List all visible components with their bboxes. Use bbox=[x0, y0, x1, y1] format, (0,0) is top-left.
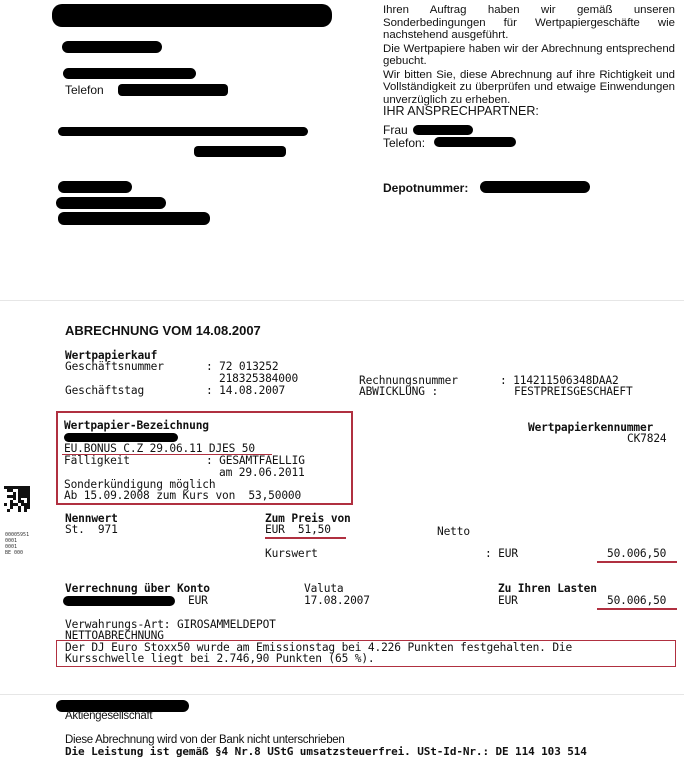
redacted-address bbox=[58, 127, 308, 136]
value-date-label: Valuta bbox=[304, 583, 344, 595]
letter-paragraph: Ihren Auftrag haben wir gemäß unseren So… bbox=[383, 4, 675, 42]
letter-paragraph: Die Wertpapiere haben wir der Abrechnung… bbox=[383, 43, 675, 68]
letter-paragraph: Wir bitten Sie, diese Abrechnung auf ihr… bbox=[383, 69, 675, 107]
redacted-address bbox=[194, 146, 286, 157]
settlement-label: ABWICKLUNG : bbox=[359, 386, 438, 398]
letter-intro: Ihren Auftrag haben wir gemäß unseren So… bbox=[383, 4, 675, 106]
maturity-date: am 29.06.2011 bbox=[219, 467, 305, 479]
net-label: Netto bbox=[437, 526, 470, 538]
market-value: 50.006,50 bbox=[607, 548, 666, 560]
redacted-recipient bbox=[56, 197, 166, 209]
maturity-label: Fälligkeit bbox=[64, 455, 130, 467]
debit-currency: EUR bbox=[498, 595, 518, 607]
scan-divider bbox=[0, 694, 684, 695]
redacted-bank-name bbox=[52, 4, 332, 27]
redacted-contact-name bbox=[413, 125, 473, 135]
redacted-issuer bbox=[64, 433, 178, 442]
trade-date: : 14.08.2007 bbox=[206, 385, 285, 397]
company-suffix: Aktiengesellschaft bbox=[65, 710, 152, 722]
market-value-underline bbox=[597, 561, 677, 563]
scan-divider bbox=[0, 300, 684, 301]
datamatrix-code bbox=[4, 486, 30, 512]
security-heading: Wertpapier-Bezeichnung bbox=[64, 420, 209, 432]
redacted-line bbox=[62, 41, 162, 53]
value-date: 17.08.2007 bbox=[304, 595, 370, 607]
redacted-contact-phone bbox=[434, 137, 516, 147]
contact-phone-label: Telefon: bbox=[383, 136, 425, 150]
security-name: EU.BONUS C.Z 29.06.11 DJES 50 bbox=[64, 443, 255, 455]
maturity-value: : GESAMTFAELLIG bbox=[206, 455, 305, 467]
price-underline bbox=[265, 537, 346, 539]
redacted-account-number bbox=[63, 596, 175, 606]
statement-title: ABRECHNUNG VOM 14.08.2007 bbox=[65, 323, 261, 338]
redacted-phone bbox=[118, 84, 228, 96]
account-label: Verrechnung über Konto bbox=[65, 583, 210, 595]
redacted-recipient bbox=[58, 212, 210, 225]
redacted-line bbox=[63, 68, 196, 79]
settlement-value: FESTPREISGESCHAEFT bbox=[514, 386, 633, 398]
business-number-1: : 72 013252 bbox=[206, 361, 278, 373]
depot-label: Depotnummer: bbox=[383, 181, 468, 195]
redacted-depot-number bbox=[480, 181, 590, 193]
business-number-label: Geschäftsnummer bbox=[65, 361, 164, 373]
termination-terms: Ab 15.09.2008 zum Kurs von 53,50000 bbox=[64, 490, 301, 502]
debit-amount: 50.006,50 bbox=[607, 595, 666, 607]
note-line-2: Kursschwelle liegt bei 2.746,90 Punkten … bbox=[65, 653, 375, 665]
business-number-2: 218325384000 bbox=[219, 373, 298, 385]
margin-codes: 00005951 0001 0001 BE 000 bbox=[5, 532, 29, 556]
account-currency: EUR bbox=[188, 595, 208, 607]
redacted-recipient bbox=[58, 181, 132, 193]
price-value: EUR 51,50 bbox=[265, 524, 331, 536]
sender-phone-label: Telefon bbox=[65, 83, 104, 97]
vat-note: Die Leistung ist gemäß §4 Nr.8 UStG umsa… bbox=[65, 746, 587, 758]
contact-heading: IHR ANSPRECHPARTNER: bbox=[383, 104, 539, 118]
contact-salutation: Frau bbox=[383, 123, 408, 137]
debit-label: Zu Ihren Lasten bbox=[498, 583, 597, 595]
market-value-currency: : EUR bbox=[485, 548, 518, 560]
trade-date-label: Geschäftstag bbox=[65, 385, 144, 397]
wkn-value: CK7824 bbox=[627, 433, 667, 445]
debit-amount-underline bbox=[597, 608, 677, 610]
nominal-value: St. 971 bbox=[65, 524, 118, 536]
market-value-label: Kurswert bbox=[265, 548, 318, 560]
